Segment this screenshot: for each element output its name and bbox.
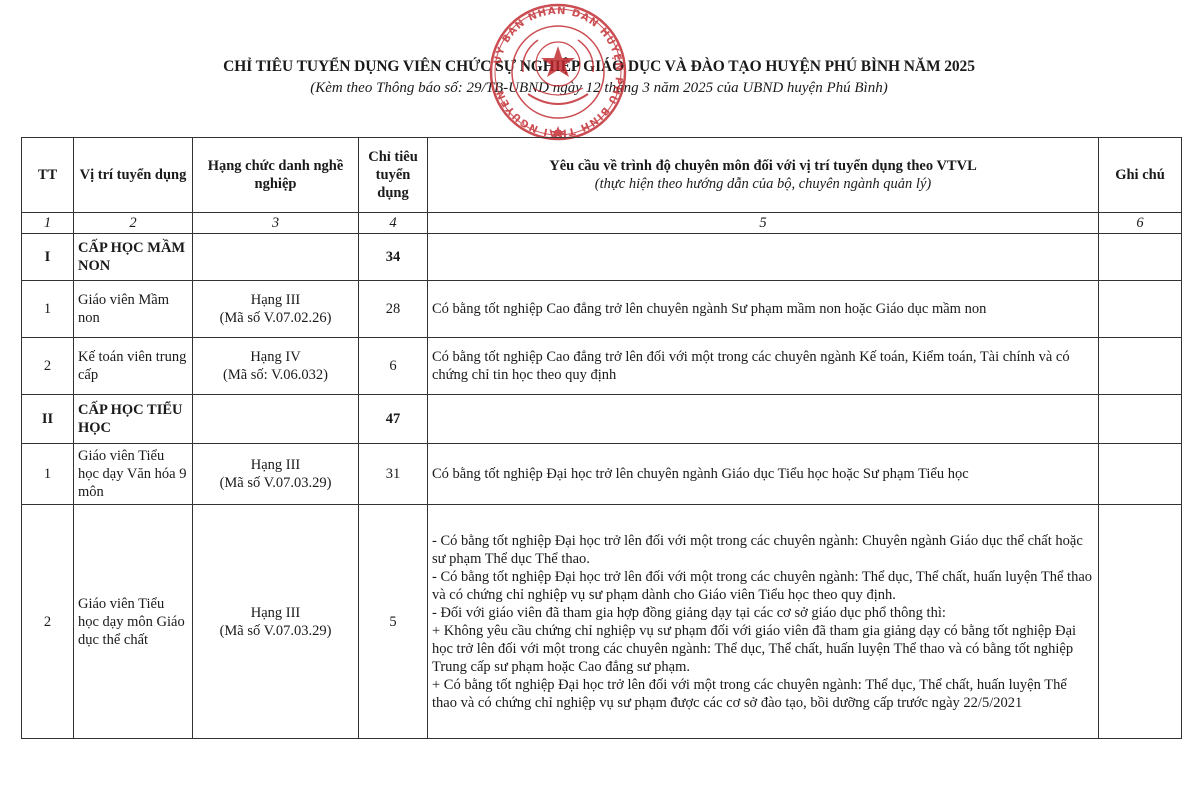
row-rank: Hạng IV (Mã số: V.06.032) xyxy=(193,338,359,395)
requirement-line: - Đối với giáo viên đã tham gia hợp đồng… xyxy=(432,604,1094,622)
rank-code: (Mã số: V.06.032) xyxy=(197,366,354,384)
rank-code: (Mã số V.07.03.29) xyxy=(197,474,354,492)
row-quota: 28 xyxy=(359,281,428,338)
document-title: CHỈ TIÊU TUYỂN DỤNG VIÊN CHỨC SỰ NGHIỆP … xyxy=(0,58,1198,76)
row-rank: Hạng III (Mã số V.07.02.26) xyxy=(193,281,359,338)
row-rank: Hạng III (Mã số V.07.03.29) xyxy=(193,505,359,739)
column-number: 1 xyxy=(22,213,74,234)
header-rank: Hạng chức danh nghề nghiệp xyxy=(193,138,359,213)
requirement-line: - Có bằng tốt nghiệp Đại học trở lên đối… xyxy=(432,568,1094,604)
column-number: 3 xyxy=(193,213,359,234)
header-quota: Chỉ tiêu tuyển dụng xyxy=(359,138,428,213)
column-number: 2 xyxy=(74,213,193,234)
section-row: I CẤP HỌC MẦM NON 34 xyxy=(22,234,1182,281)
row-quota: 6 xyxy=(359,338,428,395)
requirement-line: + Không yêu cầu chứng chỉ nghiệp vụ sư p… xyxy=(432,622,1094,676)
row-requirement: Có bằng tốt nghiệp Cao đẳng trở lên chuy… xyxy=(428,281,1099,338)
recruitment-quota-table: TT Vị trí tuyển dụng Hạng chức danh nghề… xyxy=(21,137,1182,739)
table-row: 1 Giáo viên Mầm non Hạng III (Mã số V.07… xyxy=(22,281,1182,338)
document-subtitle: (Kèm theo Thông báo số: 29/TB-UBND ngày … xyxy=(0,80,1198,97)
row-note xyxy=(1099,338,1182,395)
table-header-row: TT Vị trí tuyển dụng Hạng chức danh nghề… xyxy=(22,138,1182,213)
column-number: 5 xyxy=(428,213,1099,234)
rank-code: (Mã số V.07.02.26) xyxy=(197,309,354,327)
table-row: 1 Giáo viên Tiểu học dạy Văn hóa 9 môn H… xyxy=(22,444,1182,505)
header-position: Vị trí tuyển dụng xyxy=(74,138,193,213)
rank-label: Hạng III xyxy=(197,604,354,622)
section-row: II CẤP HỌC TIỂU HỌC 47 xyxy=(22,395,1182,444)
row-quota: 31 xyxy=(359,444,428,505)
column-number: 6 xyxy=(1099,213,1182,234)
header-requirement: Yêu cầu về trình độ chuyên môn đối với v… xyxy=(428,138,1099,213)
row-position: Giáo viên Tiểu học dạy môn Giáo dục thể … xyxy=(74,505,193,739)
rank-label: Hạng III xyxy=(197,456,354,474)
section-total: 47 xyxy=(359,395,428,444)
row-requirement: Có bằng tốt nghiệp Đại học trở lên chuyê… xyxy=(428,444,1099,505)
row-requirement: Có bằng tốt nghiệp Cao đẳng trở lên đối … xyxy=(428,338,1099,395)
table-row: 2 Giáo viên Tiểu học dạy môn Giáo dục th… xyxy=(22,505,1182,739)
row-note xyxy=(1099,281,1182,338)
column-number: 4 xyxy=(359,213,428,234)
header-note: Ghi chú xyxy=(1099,138,1182,213)
section-tt: II xyxy=(22,395,74,444)
row-requirement: - Có bằng tốt nghiệp Đại học trở lên đối… xyxy=(428,505,1099,739)
row-position: Giáo viên Mầm non xyxy=(74,281,193,338)
rank-label: Hạng III xyxy=(197,291,354,309)
row-position: Kế toán viên trung cấp xyxy=(74,338,193,395)
header-requirement-title: Yêu cầu về trình độ chuyên môn đối với v… xyxy=(549,158,977,174)
header-requirement-note: (thực hiện theo hướng dẫn của bộ, chuyên… xyxy=(432,175,1094,193)
rank-code: (Mã số V.07.03.29) xyxy=(197,622,354,640)
row-rank: Hạng III (Mã số V.07.03.29) xyxy=(193,444,359,505)
row-tt: 2 xyxy=(22,338,74,395)
column-number-row: 1 2 3 4 5 6 xyxy=(22,213,1182,234)
rank-label: Hạng IV xyxy=(197,348,354,366)
row-tt: 1 xyxy=(22,281,74,338)
section-tt: I xyxy=(22,234,74,281)
table-row: 2 Kế toán viên trung cấp Hạng IV (Mã số:… xyxy=(22,338,1182,395)
row-quota: 5 xyxy=(359,505,428,739)
section-name: CẤP HỌC MẦM NON xyxy=(74,234,193,281)
row-tt: 2 xyxy=(22,505,74,739)
section-name: CẤP HỌC TIỂU HỌC xyxy=(74,395,193,444)
section-total: 34 xyxy=(359,234,428,281)
row-note xyxy=(1099,505,1182,739)
row-tt: 1 xyxy=(22,444,74,505)
requirement-line: - Có bằng tốt nghiệp Đại học trở lên đối… xyxy=(432,532,1094,568)
row-position: Giáo viên Tiểu học dạy Văn hóa 9 môn xyxy=(74,444,193,505)
requirement-line: + Có bằng tốt nghiệp Đại học trở lên đối… xyxy=(432,676,1094,712)
row-note xyxy=(1099,444,1182,505)
header-tt: TT xyxy=(22,138,74,213)
